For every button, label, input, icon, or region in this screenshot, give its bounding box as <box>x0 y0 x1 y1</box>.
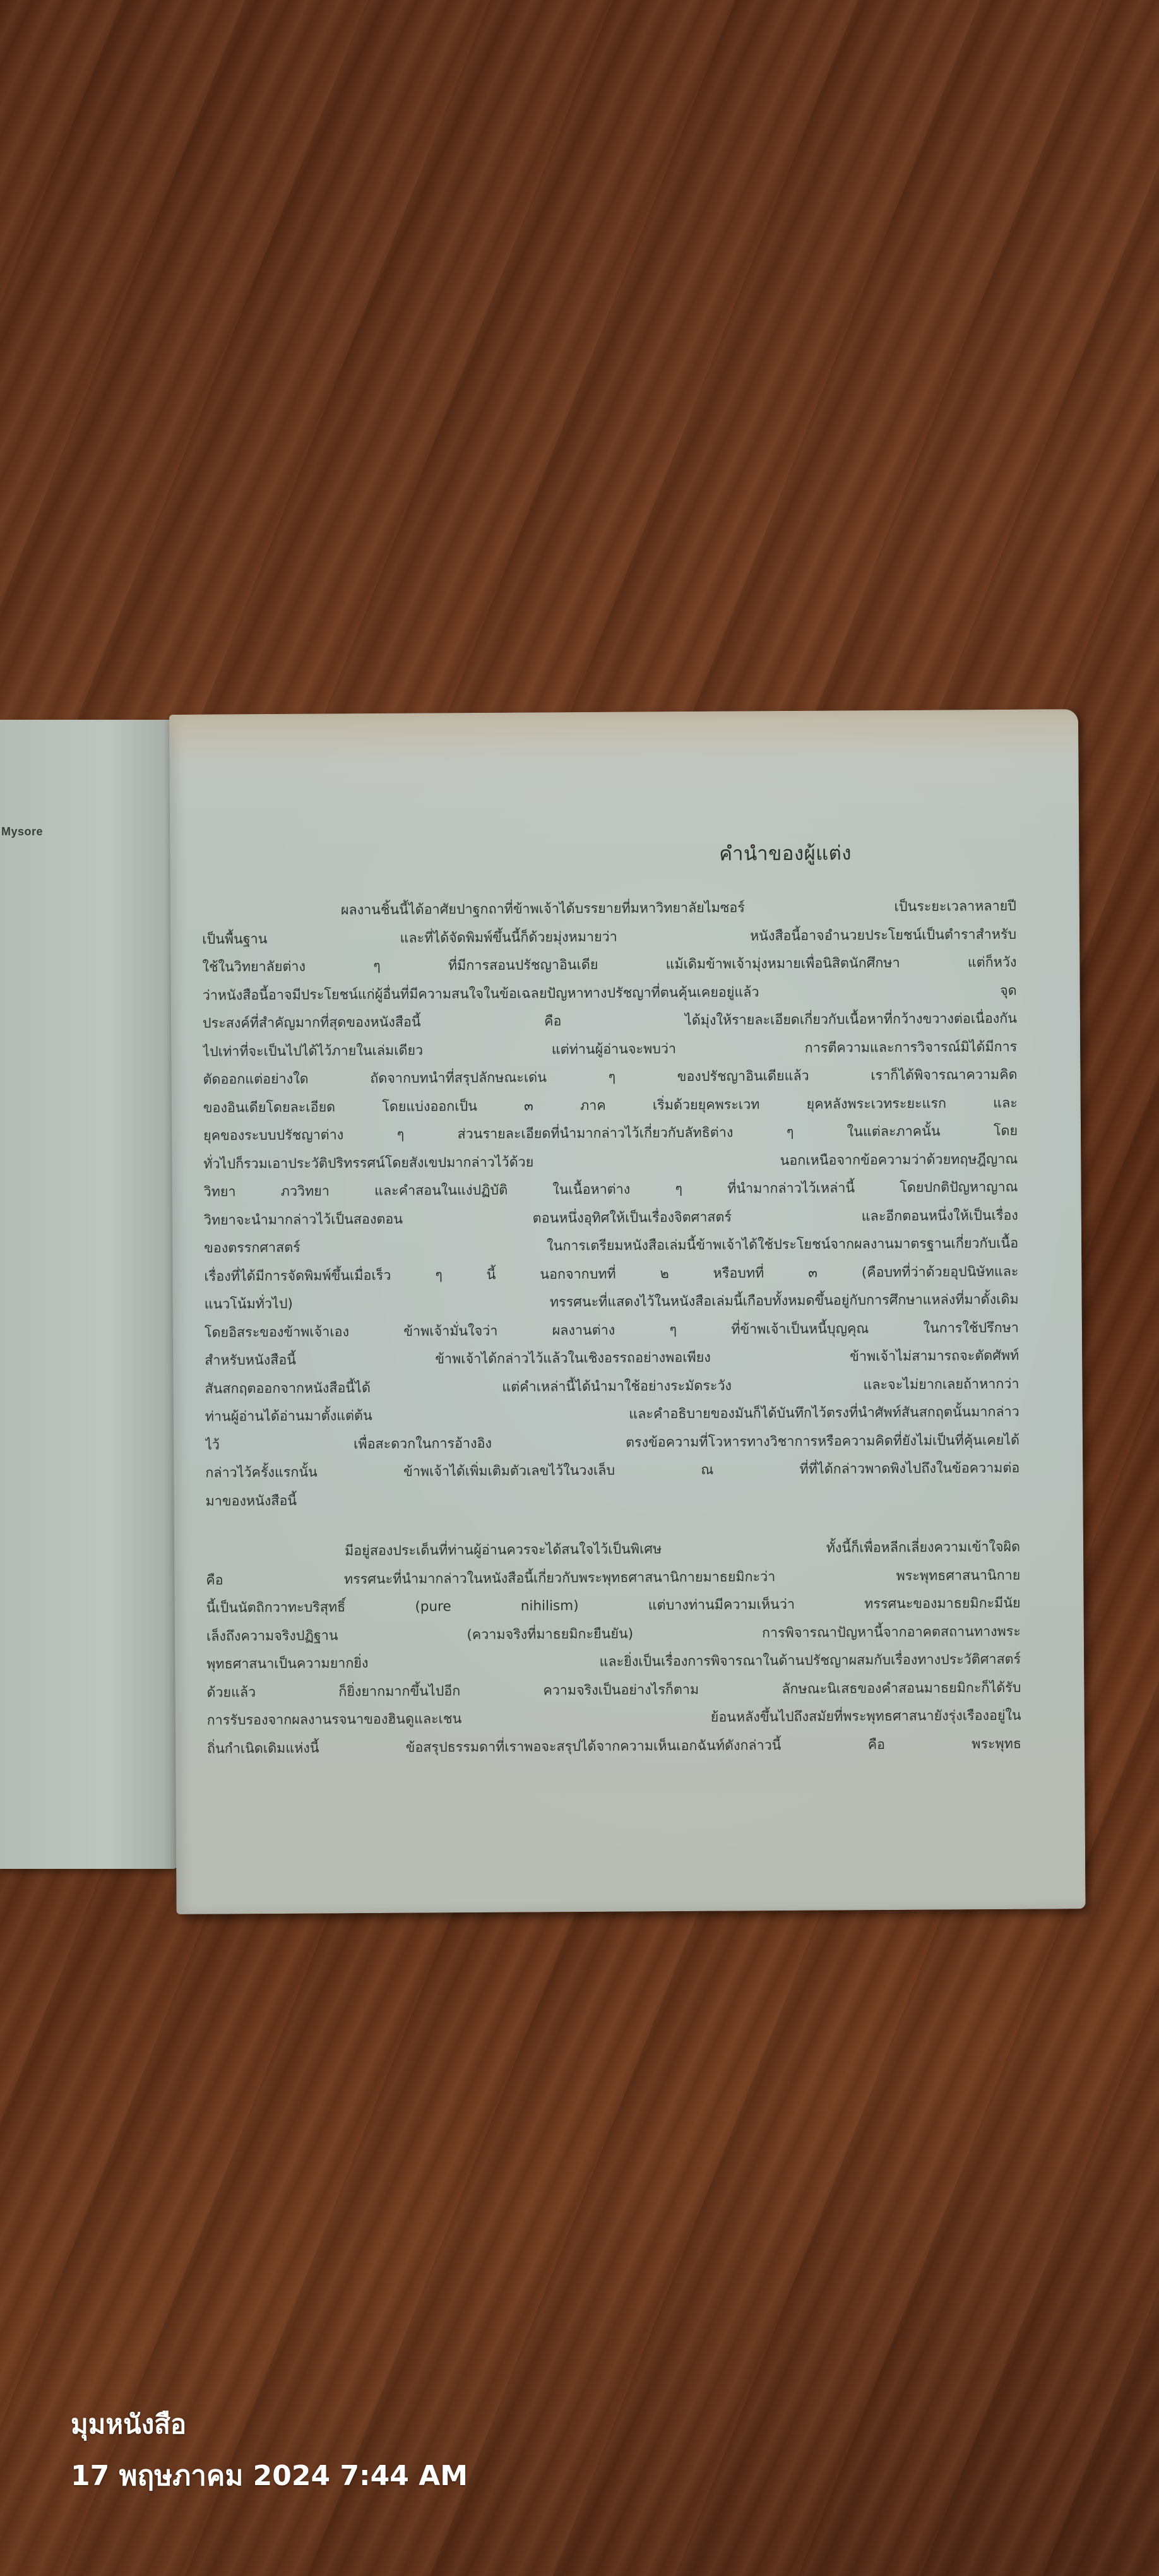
text-line: ถิ่นกำเนิดเดิมแห่งนี้ ข้อสรุปธรรมดาที่เร… <box>207 1730 1021 1763</box>
text-line: แนวโน้มทั่วไป) ทรรศนะที่แสดงไว้ในหนังสือ… <box>205 1286 1019 1319</box>
text-line: มาของหนังสือนี้ <box>205 1482 1019 1515</box>
watermark-datetime: 17 พฤษภาคม 2024 7:44 AM <box>71 2451 468 2501</box>
text-line: ท่านผู้อ่านได้อ่านมาตั้งแต่ต้น และคำอธิบ… <box>205 1398 1019 1431</box>
paragraph-2: มีอยู่สองประเด็นที่ท่านผู้อ่านควรจะได้สน… <box>206 1534 1021 1763</box>
watermark-title: มุมหนังสือ <box>71 2406 468 2443</box>
page-edge-stain <box>169 709 1078 765</box>
text-line: ไปเท่าที่จะเป็นไปได้ไว้ภายในเล่มเดียว แต… <box>203 1033 1017 1066</box>
photo-watermark: มุมหนังสือ 17 พฤษภาคม 2024 7:44 AM <box>71 2406 468 2501</box>
text-line: สำหรับหนังสือนี้ ข้าพเจ้าได้กล่าวไว้แล้ว… <box>205 1342 1019 1375</box>
text-line: พุทธศาสนาเป็นความยากยิ่ง และยิ่งเป็นเรื่… <box>206 1646 1021 1679</box>
text-line: นี้เป็นนัตถิกวาทะบริสุทธิ์ (pure nihilis… <box>206 1590 1021 1623</box>
left-book-page: Mysore <box>0 720 178 1869</box>
text-line: มีอยู่สองประเด็นที่ท่านผู้อ่านควรจะได้สน… <box>206 1534 1020 1566</box>
left-page-running-head: Mysore <box>1 825 43 838</box>
text-line: ยุคของระบบปรัชญาต่าง ๆ ส่วนรายละเอียดที่… <box>203 1118 1018 1150</box>
right-book-page: คำนำของผู้แต่ง ผลงานชิ้นนี้ได้อาศัยปาฐกถ… <box>169 709 1086 1914</box>
text-line: ผลงานชิ้นนี้ได้อาศัยปาฐกถาที่ข้าพเจ้าได้… <box>202 893 1016 926</box>
text-line: สันสกฤตออกจากหนังสือนี้ได้ แต่คำเหล่านี้… <box>205 1370 1019 1403</box>
paragraph-1: ผลงานชิ้นนี้ได้อาศัยปาฐกถาที่ข้าพเจ้าได้… <box>202 893 1020 1516</box>
text-line: คือ ทรรศนะที่นำมากล่าวในหนังสือนี้เกี่ยว… <box>206 1561 1020 1594</box>
text-line: เล็งถึงความจริงปฏิฐาน (ความจริงที่มาธยมิ… <box>206 1618 1021 1650</box>
text-line: ของตรรกศาสตร์ ในการเตรียมหนังสือเล่มนี้ข… <box>204 1230 1018 1263</box>
photo-scene: Mysore คำนำของผู้แต่ง ผลงานชิ้นนี้ได้อาศ… <box>0 0 1159 2576</box>
text-line: ทั่วไปก็รวมเอาประวัติปริทรรศน์โดยสังเขปม… <box>203 1145 1018 1178</box>
page-title: คำนำของผู้แต่ง <box>719 837 852 869</box>
text-line: เป็นพื้นฐาน และที่ได้จัดพิมพ์ขึ้นนี้ก็ด้… <box>202 921 1016 953</box>
text-line: วิทยา ภววิทยา และคำสอนในแง่ปฏิบัติ ในเนื… <box>203 1174 1018 1207</box>
text-line: ด้วยแล้ว ก็ยิ่งยากมากขึ้นไปอีก ความจริงเ… <box>206 1674 1021 1707</box>
text-line: เรื่องที่ได้มีการจัดพิมพ์ขึ้นเมื่อเร็ว ๆ… <box>204 1258 1018 1291</box>
text-line: ใช้ในวิทยาลัยต่าง ๆ ที่มีการสอนปรัชญาอิน… <box>202 949 1016 982</box>
text-line: กล่าวไว้ครั้งแรกนั้น ข้าพเจ้าได้เพิ่มเติ… <box>205 1455 1019 1488</box>
text-line: วิทยาจะนำมากล่าวไว้เป็นสองตอน ตอนหนึ่งอุ… <box>204 1202 1018 1234</box>
text-line: โดยอิสระของข้าพเจ้าเอง ข้าพเจ้ามั่นใจว่า… <box>205 1314 1019 1347</box>
preface-body: ผลงานชิ้นนี้ได้อาศัยปาฐกถาที่ข้าพเจ้าได้… <box>202 893 1021 1763</box>
text-line: การรับรองจากผลงานรจนาของฮินดูและเชน ย้อน… <box>207 1702 1021 1735</box>
text-line: ตัดออกแต่อย่างใด ถัดจากบทนำที่สรุปลักษณะ… <box>203 1061 1017 1094</box>
text-line: ประสงค์ที่สำคัญมากที่สุดของหนังสือนี้ คื… <box>203 1005 1017 1038</box>
text-line: ของอินเดียโดยละเอียด โดยแบ่งออกเป็น ๓ ภา… <box>203 1089 1018 1122</box>
text-line: ว่าหนังสือนี้อาจมีประโยชน์แก่ผู้อื่นที่ม… <box>203 977 1017 1010</box>
text-line: ไว้ เพื่อสะดวกในการอ้างอิง ตรงข้อความที่… <box>205 1426 1019 1459</box>
